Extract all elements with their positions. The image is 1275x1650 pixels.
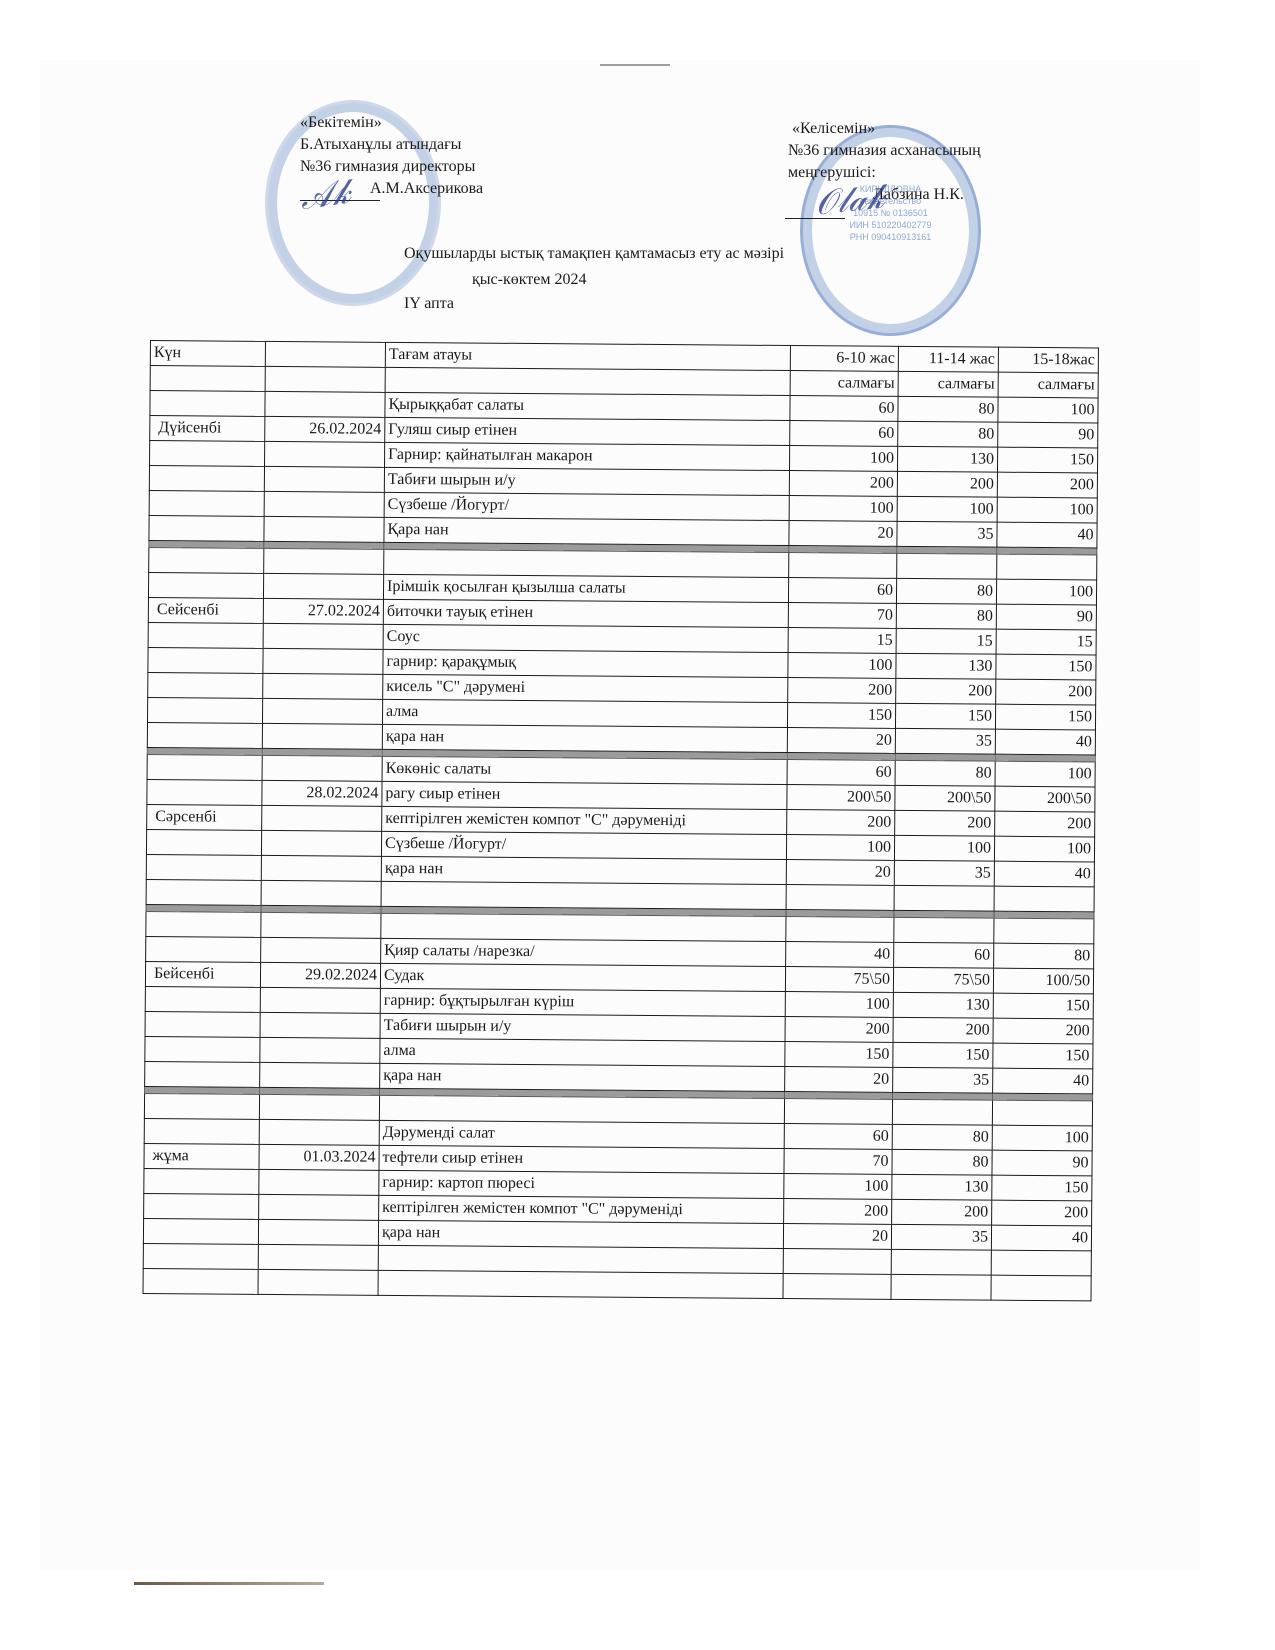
day-cell <box>145 1036 260 1062</box>
portion-11-14-cell: 130 <box>892 1174 992 1200</box>
portion-15-18-cell: 40 <box>997 522 1097 548</box>
day-cell <box>143 1243 258 1269</box>
day-cell: Сәрсенбі <box>147 804 262 830</box>
signature-left-icon: 𝒜𝓀 <box>297 172 352 219</box>
portion-11-14-cell <box>894 885 994 911</box>
portion-11-14-cell: 80 <box>898 396 998 422</box>
portion-6-10-cell: 200 <box>785 1017 893 1043</box>
header-dish: Тағам атауы <box>385 342 790 370</box>
portion-11-14-cell: 80 <box>895 760 995 786</box>
date-cell <box>262 698 382 724</box>
portion-11-14-cell: 80 <box>892 1149 992 1175</box>
portion-15-18-cell <box>994 886 1094 912</box>
portion-6-10-cell: 60 <box>787 760 895 786</box>
date-cell: 26.02.2024 <box>265 416 385 442</box>
portion-11-14-cell: 130 <box>893 992 993 1018</box>
day-cell <box>148 672 263 698</box>
portion-6-10-cell <box>789 553 897 579</box>
portion-15-18-cell: 150 <box>997 447 1097 473</box>
portion-15-18-cell <box>992 1100 1092 1126</box>
date-cell <box>264 491 384 517</box>
portion-6-10-cell: 200 <box>788 678 896 704</box>
day-cell <box>149 515 264 541</box>
portion-6-10-cell: 200 <box>789 471 897 497</box>
scan-artifact <box>600 64 670 66</box>
portion-6-10-cell <box>783 1249 891 1275</box>
dish-name-cell: рагу сиыр етінен <box>382 781 787 809</box>
day-cell <box>146 879 261 905</box>
portion-6-10-cell: 200 <box>787 810 895 836</box>
day-cell <box>146 829 261 855</box>
portion-15-18-cell: 100 <box>996 579 1096 605</box>
date-cell <box>264 466 384 492</box>
dish-name-cell: қара нан <box>380 1063 785 1091</box>
weight-label: салмағы <box>790 371 898 397</box>
date-cell: 28.02.2024 <box>262 780 382 806</box>
dish-name-cell: гарнир: картоп пюресі <box>379 1170 784 1198</box>
portion-6-10-cell: 150 <box>787 703 895 729</box>
portion-11-14-cell: 80 <box>896 603 996 629</box>
portion-11-14-cell: 35 <box>897 521 997 547</box>
day-cell: Бейсенбі <box>145 961 260 987</box>
dish-name-cell <box>384 549 789 577</box>
portion-11-14-cell <box>892 1099 992 1125</box>
portion-11-14-cell: 200 <box>895 810 995 836</box>
portion-15-18-cell: 90 <box>992 1150 1092 1176</box>
portion-15-18-cell: 200 <box>992 1200 1092 1226</box>
portion-11-14-cell: 200 <box>897 471 997 497</box>
date-cell <box>262 755 382 781</box>
portion-6-10-cell: 100 <box>789 446 897 472</box>
date-cell <box>261 937 381 963</box>
portion-6-10-cell <box>786 917 894 943</box>
date-cell: 01.03.2024 <box>259 1144 379 1170</box>
dish-name-cell: Көкөніс салаты <box>382 756 787 784</box>
portion-15-18-cell: 100 <box>992 1125 1092 1151</box>
date-cell <box>260 1037 380 1063</box>
date-cell <box>262 805 382 831</box>
document-title: Оқушыларды ыстық тамақпен қамтамасыз ету… <box>404 242 784 266</box>
portion-6-10-cell: 40 <box>786 942 894 968</box>
day-cell: Дүйсенбі <box>150 416 265 442</box>
portion-15-18-cell <box>997 554 1097 580</box>
dish-name-cell: Гуляш сиыр етінен <box>385 417 790 445</box>
dish-name-cell <box>378 1270 783 1298</box>
dish-name-cell: Соус <box>383 624 788 652</box>
dish-name-cell <box>381 881 786 909</box>
portion-6-10-cell: 60 <box>788 578 896 604</box>
portion-6-10-cell: 20 <box>787 728 895 754</box>
portion-15-18-cell: 15 <box>996 629 1096 655</box>
portion-11-14-cell: 35 <box>894 860 994 886</box>
dish-name-cell: қара нан <box>378 1220 783 1248</box>
dish-name-cell: гарнир: қарақұмық <box>383 649 788 677</box>
document-week: IY апта <box>404 292 454 316</box>
day-cell <box>147 779 262 805</box>
portion-15-18-cell: 40 <box>993 1068 1093 1094</box>
date-cell <box>260 987 380 1013</box>
portion-6-10-cell: 100 <box>788 653 896 679</box>
dish-name-cell: Қияр салаты /нарезка/ <box>381 938 786 966</box>
portion-11-14-cell: 80 <box>892 1124 992 1150</box>
dish-name-cell: биточки тауық етінен <box>383 599 788 627</box>
date-cell <box>259 1119 379 1145</box>
day-cell <box>149 547 264 573</box>
day-cell <box>148 572 263 598</box>
day-cell <box>148 647 263 673</box>
dish-name-cell: Сүзбеше /Йогурт/ <box>384 492 789 520</box>
dish-name-cell <box>381 913 786 941</box>
portion-6-10-cell: 20 <box>789 521 897 547</box>
date-cell <box>259 1194 379 1220</box>
dish-name-cell: кептірілген жемістен компот "С" дәрумені… <box>379 1195 784 1223</box>
portion-11-14-cell: 200\50 <box>895 785 995 811</box>
date-cell <box>263 648 383 674</box>
header-day: Күн <box>150 341 265 367</box>
portion-15-18-cell: 90 <box>996 604 1096 630</box>
portion-6-10-cell: 200 <box>784 1199 892 1225</box>
portion-6-10-cell: 70 <box>788 603 896 629</box>
day-cell <box>145 1011 260 1037</box>
portion-15-18-cell: 100/50 <box>993 968 1093 994</box>
portion-6-10-cell: 75\50 <box>785 967 893 993</box>
weight-label: салмағы <box>898 371 998 397</box>
date-cell <box>263 573 383 599</box>
day-cell <box>149 466 264 492</box>
day-cell <box>147 754 262 780</box>
portion-15-18-cell <box>991 1275 1091 1301</box>
portion-15-18-cell: 200 <box>997 472 1097 498</box>
day-cell <box>146 854 261 880</box>
portion-15-18-cell: 200 <box>996 679 1096 705</box>
portion-15-18-cell: 200\50 <box>995 786 1095 812</box>
day-cell <box>144 1193 259 1219</box>
portion-11-14-cell: 80 <box>896 578 996 604</box>
portion-11-14-cell: 15 <box>896 628 996 654</box>
date-cell <box>259 1094 379 1120</box>
dish-name-cell: Сүзбеше /Йогурт/ <box>381 831 786 859</box>
portion-11-14-cell: 100 <box>897 496 997 522</box>
subheader-empty <box>385 367 790 395</box>
portion-6-10-cell: 15 <box>788 628 896 654</box>
day-cell <box>144 1118 259 1144</box>
date-cell <box>259 1169 379 1195</box>
date-cell <box>261 912 381 938</box>
portion-15-18-cell: 100 <box>995 761 1095 787</box>
date-cell <box>265 441 385 467</box>
dish-name-cell: кептірілген жемістен компот "С" дәрумені… <box>382 806 787 834</box>
day-cell <box>146 911 261 937</box>
dish-name-cell: алма <box>380 1038 785 1066</box>
day-cell <box>147 722 262 748</box>
subheader-empty <box>150 366 265 392</box>
approval-line1: Б.Атыханұлы атындағы <box>300 134 483 156</box>
date-cell <box>265 391 385 417</box>
subheader-empty <box>265 366 385 392</box>
portion-11-14-cell: 35 <box>893 1067 993 1093</box>
date-cell <box>260 1012 380 1038</box>
day-cell <box>145 986 260 1012</box>
dish-name-cell: Табиғи шырын и/у <box>384 467 789 495</box>
portion-15-18-cell <box>991 1250 1091 1276</box>
dish-name-cell: алма <box>382 699 787 727</box>
portion-15-18-cell: 100 <box>994 836 1094 862</box>
seal-line: РНН 090410913161 <box>833 231 948 243</box>
portion-11-14-cell: 75\50 <box>893 967 993 993</box>
portion-6-10-cell: 20 <box>785 1067 893 1093</box>
seal-line: ИИН 510220402779 <box>833 219 948 231</box>
signature-right-icon: 𝒪𝓁𝒶𝓀 <box>813 176 886 223</box>
portion-11-14-cell <box>894 917 994 943</box>
day-cell <box>143 1218 258 1244</box>
date-cell <box>263 623 383 649</box>
portion-15-18-cell: 150 <box>992 1175 1092 1201</box>
portion-11-14-cell: 200 <box>892 1199 992 1225</box>
header-age-11-14: 11-14 жас <box>898 346 998 372</box>
dish-name-cell: Табиғи шырын и/у <box>380 1013 785 1041</box>
portion-15-18-cell: 80 <box>994 943 1094 969</box>
portion-6-10-cell: 200\50 <box>787 785 895 811</box>
day-cell <box>148 622 263 648</box>
portion-11-14-cell <box>891 1249 991 1275</box>
menu-body: Қырыққабат салаты6080100Дүйсенбі26.02.20… <box>143 391 1098 1301</box>
portion-11-14-cell: 60 <box>894 942 994 968</box>
portion-6-10-cell: 100 <box>789 496 897 522</box>
day-cell <box>149 490 264 516</box>
portion-15-18-cell: 40 <box>991 1225 1091 1251</box>
portion-6-10-cell: 100 <box>786 835 894 861</box>
date-cell <box>260 1062 380 1088</box>
portion-6-10-cell: 20 <box>783 1224 891 1250</box>
portion-6-10-cell: 70 <box>784 1149 892 1175</box>
portion-11-14-cell: 35 <box>895 728 995 754</box>
scan-artifact <box>134 1582 324 1585</box>
date-cell <box>264 516 384 542</box>
day-cell <box>144 1093 259 1119</box>
dish-name-cell: кисель "С" дәрумені <box>383 674 788 702</box>
approval-heading: «Бекітемін» <box>300 112 483 134</box>
portion-6-10-cell: 60 <box>790 396 898 422</box>
portion-15-18-cell: 40 <box>995 729 1095 755</box>
date-cell <box>262 723 382 749</box>
date-cell: 27.02.2024 <box>263 598 383 624</box>
agreement-line1: №36 гимназия асханасының <box>788 140 981 162</box>
portion-15-18-cell: 200 <box>993 1018 1093 1044</box>
date-cell <box>261 880 381 906</box>
portion-11-14-cell: 130 <box>896 653 996 679</box>
dish-name-cell <box>378 1245 783 1273</box>
portion-15-18-cell: 100 <box>997 497 1097 523</box>
portion-15-18-cell: 150 <box>995 704 1095 730</box>
date-cell <box>261 830 381 856</box>
date-cell <box>258 1269 378 1295</box>
date-cell <box>258 1219 378 1245</box>
dish-name-cell: тефтели сиыр етінен <box>379 1145 784 1173</box>
document-season: қыс-көктем 2024 <box>472 268 587 292</box>
dish-name-cell: Қырыққабат салаты <box>385 392 790 420</box>
portion-11-14-cell: 150 <box>893 1042 993 1068</box>
portion-11-14-cell: 100 <box>894 835 994 861</box>
dish-name-cell: Қара нан <box>384 517 789 545</box>
portion-6-10-cell: 60 <box>790 421 898 447</box>
date-cell <box>258 1244 378 1270</box>
portion-11-14-cell <box>891 1274 991 1300</box>
portion-15-18-cell: 150 <box>996 654 1096 680</box>
portion-11-14-cell <box>897 553 997 579</box>
portion-6-10-cell: 60 <box>784 1124 892 1150</box>
dish-name-cell: Гарнир: қайнатылған макарон <box>385 442 790 470</box>
dish-name-cell: гарнир: бұқтырылған күріш <box>380 988 785 1016</box>
date-cell <box>261 855 381 881</box>
portion-11-14-cell: 130 <box>897 446 997 472</box>
portion-15-18-cell: 200 <box>995 811 1095 837</box>
portion-15-18-cell: 150 <box>993 1043 1093 1069</box>
day-cell <box>146 936 261 962</box>
menu-table: Күн Тағам атауы 6-10 жас 11-14 жас 15-18… <box>143 340 1099 1301</box>
portion-15-18-cell: 40 <box>994 861 1094 887</box>
portion-11-14-cell: 150 <box>895 703 995 729</box>
portion-6-10-cell: 20 <box>786 860 894 886</box>
portion-15-18-cell: 100 <box>998 397 1098 423</box>
day-cell <box>143 1268 258 1294</box>
dish-name-cell: Дәруменді салат <box>379 1120 784 1148</box>
header-date <box>265 341 385 367</box>
dish-name-cell: қара нан <box>382 724 787 752</box>
portion-6-10-cell: 150 <box>785 1042 893 1068</box>
portion-15-18-cell: 90 <box>998 422 1098 448</box>
portion-11-14-cell: 200 <box>893 1017 993 1043</box>
dish-name-cell <box>379 1095 784 1123</box>
day-cell <box>150 441 265 467</box>
portion-6-10-cell: 100 <box>784 1174 892 1200</box>
portion-6-10-cell <box>783 1274 891 1300</box>
agreement-heading: «Келісемін» <box>788 118 981 140</box>
agreement-line2: меңгерушісі: <box>788 162 981 184</box>
day-cell <box>144 1168 259 1194</box>
weight-label: салмағы <box>998 372 1098 398</box>
day-cell <box>145 1061 260 1087</box>
dish-name-cell: Судак <box>380 963 785 991</box>
header-age-6-10: 6-10 жас <box>790 346 898 372</box>
header-age-15-18: 15-18жас <box>998 347 1098 373</box>
portion-6-10-cell <box>784 1099 892 1125</box>
portion-15-18-cell <box>994 918 1094 944</box>
portion-6-10-cell <box>786 885 894 911</box>
day-cell <box>147 697 262 723</box>
day-cell: жұма <box>144 1143 259 1169</box>
day-cell: Сейсенбі <box>148 597 263 623</box>
date-cell <box>264 548 384 574</box>
portion-6-10-cell: 100 <box>785 992 893 1018</box>
date-cell <box>263 673 383 699</box>
dish-name-cell: Ірімшік қосылған қызылша салаты <box>383 574 788 602</box>
portion-11-14-cell: 80 <box>898 421 998 447</box>
portion-11-14-cell: 35 <box>891 1224 991 1250</box>
date-cell: 29.02.2024 <box>260 962 380 988</box>
portion-15-18-cell: 150 <box>993 993 1093 1019</box>
dish-name-cell: қара нан <box>381 856 786 884</box>
portion-11-14-cell: 200 <box>896 678 996 704</box>
day-cell <box>150 391 265 417</box>
